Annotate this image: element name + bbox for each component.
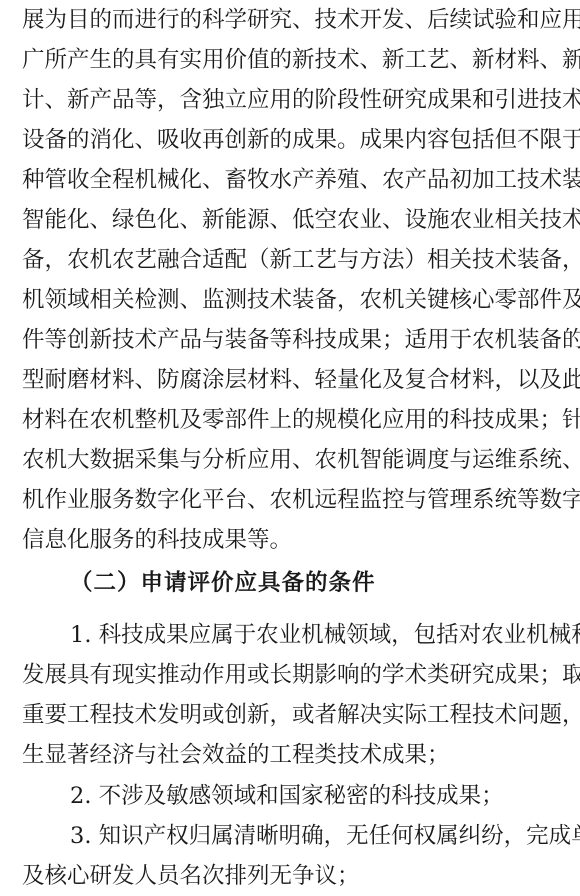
- text-line: 材料在农机整机及零部件上的规模化应用的科技成果；针对: [22, 405, 558, 435]
- text-line: 生显著经济与社会效益的工程类技术成果；: [22, 740, 558, 770]
- text-line: 机领域相关检测、监测技术装备，农机关键核心零部件及组: [22, 285, 558, 315]
- text-line: 发展具有现实推动作用或长期影响的学术类研究成果；取得: [22, 660, 558, 690]
- text-line: 2. 不涉及敏感领域和国家秘密的科技成果；: [70, 781, 558, 811]
- text-line: 信息化服务的科技成果等。: [22, 525, 558, 555]
- text-line: 备，农机农艺融合适配（新工艺与方法）相关技术装备，农: [22, 245, 558, 275]
- text-line: 农机大数据采集与分析应用、农机智能调度与运维系统、农: [22, 445, 558, 475]
- text-line: 设备的消化、吸收再创新的成果。成果内容包括但不限于耕: [22, 125, 558, 155]
- text-line: 展为目的而进行的科学研究、技术开发、后续试验和应用推: [22, 5, 558, 35]
- text-line: 1. 科技成果应属于农业机械领域，包括对农业机械科技: [70, 620, 558, 650]
- text-line: 及核心研发人员名次排列无争议；: [22, 861, 558, 891]
- text-line: 计、新产品等，含独立应用的阶段性研究成果和引进技术、: [22, 85, 558, 115]
- text-line: 3. 知识产权归属清晰明确，无任何权属纠纷，完成单位: [70, 821, 558, 851]
- text-line: 智能化、绿色化、新能源、低空农业、设施农业相关技术装: [22, 205, 558, 235]
- text-line: 件等创新技术产品与装备等科技成果；适用于农机装备的新: [22, 325, 558, 355]
- text-line: 型耐磨材料、防腐涂层材料、轻量化及复合材料，以及此类: [22, 365, 558, 395]
- text-line: 种管收全程机械化、畜牧水产养殖、农产品初加工技术装备，: [22, 165, 558, 195]
- section-heading: （二）申请评价应具备的条件: [70, 568, 376, 598]
- text-line: 重要工程技术发明或创新，或者解决实际工程技术问题，产: [22, 700, 558, 730]
- text-line: 广所产生的具有实用价值的新技术、新工艺、新材料、新设: [22, 45, 558, 75]
- document-page: 展为目的而进行的科学研究、技术开发、后续试验和应用推 广所产生的具有实用价值的新…: [0, 0, 580, 896]
- text-line: 机作业服务数字化平台、农机远程监控与管理系统等数字化、: [22, 485, 558, 515]
